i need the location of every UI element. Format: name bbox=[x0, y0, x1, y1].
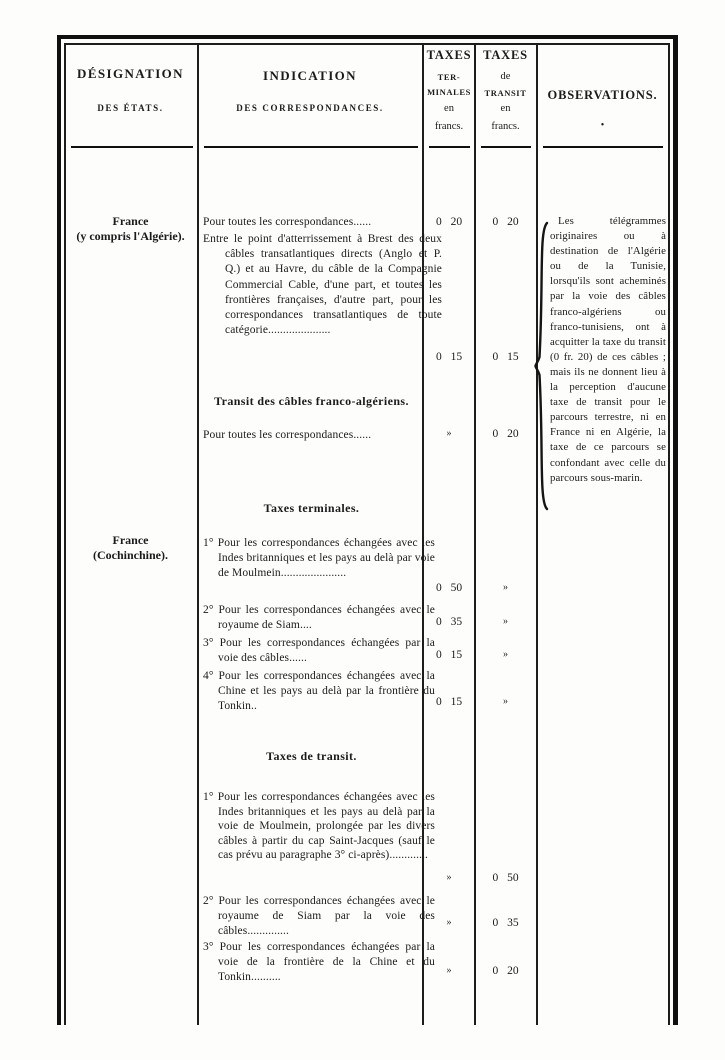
header-observations-bullet: • bbox=[536, 120, 669, 131]
header-rule-col2 bbox=[204, 146, 418, 148]
indication-row-a: Pour toutes les correspondances...... bbox=[203, 215, 419, 230]
taxe-terminale-transit-3: » bbox=[424, 965, 474, 976]
header-rule-col3 bbox=[429, 146, 470, 148]
taxe-transit-transit-3: 0 20 bbox=[476, 965, 535, 977]
header-taxes-transit-4: en bbox=[476, 103, 535, 114]
header-taxes-transit-2: de bbox=[476, 71, 535, 82]
state-name-line1: France bbox=[62, 533, 199, 548]
indication-row-c: Pour toutes les correspondances...... bbox=[203, 428, 419, 443]
section-heading-taxes-de-transit: Taxes de transit. bbox=[203, 749, 420, 764]
header-indication: INDICATION bbox=[197, 68, 423, 84]
observations-brace bbox=[534, 221, 549, 511]
header-designation: DÉSIGNATION bbox=[64, 66, 197, 82]
scanned-document-page: DÉSIGNATION DES ÉTATS. INDICATION DES CO… bbox=[0, 0, 725, 1060]
observations-text: Les télégrammes originaires ou à destina… bbox=[550, 214, 666, 486]
transit-item-2: 2° Pour les correspondances échangées av… bbox=[203, 894, 435, 940]
header-des-etats: DES ÉTATS. bbox=[64, 103, 197, 113]
taxe-terminale-item-4: 0 15 bbox=[424, 696, 474, 708]
header-taxes-terminales-1: TAXES bbox=[424, 48, 474, 63]
taxe-transit-transit-1: 0 50 bbox=[476, 872, 535, 884]
header-taxes-transit-1: TAXES bbox=[476, 48, 535, 63]
taxe-transit-row-c: 0 20 bbox=[476, 428, 535, 440]
transit-item-3: 3° Pour les correspondances échangées pa… bbox=[203, 940, 435, 986]
header-rule-col5 bbox=[543, 146, 663, 148]
taxe-terminale-row-b: 0 15 bbox=[424, 351, 474, 363]
transit-item-1: 1° Pour les correspondances échangées av… bbox=[203, 790, 435, 863]
table-border-top-thick bbox=[57, 35, 678, 39]
header-taxes-terminales-4: en bbox=[424, 103, 474, 114]
header-taxes-terminales-2: TER- bbox=[424, 72, 474, 82]
taxe-terminale-item-2: 0 35 bbox=[424, 616, 474, 628]
table-border-left-thick bbox=[57, 35, 61, 1025]
header-rule-col1 bbox=[71, 146, 193, 148]
state-name-france-algerie: France (y compris l'Algérie). bbox=[62, 214, 199, 243]
state-name-france-cochinchine: France (Cochinchine). bbox=[62, 533, 199, 562]
header-taxes-transit-3: TRANSIT bbox=[476, 88, 535, 98]
terminal-item-2: 2° Pour les correspondances échangées av… bbox=[203, 603, 435, 633]
header-taxes-transit-5: francs. bbox=[476, 121, 535, 132]
taxe-terminale-transit-1: » bbox=[424, 872, 474, 883]
section-heading-transit-franco-algeriens: Transit des câbles franco-algériens. bbox=[203, 394, 420, 409]
taxe-terminale-row-c: » bbox=[424, 428, 474, 439]
terminal-item-1: 1° Pour les correspondances échangées av… bbox=[203, 536, 435, 582]
state-name-line2: (Cochinchine). bbox=[62, 548, 199, 563]
taxe-terminale-row-a: 0 20 bbox=[424, 216, 474, 228]
section-heading-taxes-terminales: Taxes terminales. bbox=[203, 501, 420, 516]
terminal-item-3: 3° Pour les correspondances échangées pa… bbox=[203, 636, 435, 666]
taxe-transit-transit-2: 0 35 bbox=[476, 917, 535, 929]
header-observations: OBSERVATIONS. bbox=[536, 88, 669, 103]
table-border-top-thin bbox=[64, 43, 669, 45]
taxe-transit-item-1: » bbox=[476, 582, 535, 593]
indication-row-b: Entre le point d'atterrissement à Brest … bbox=[203, 232, 442, 338]
table-border-right-thick bbox=[673, 35, 678, 1025]
header-taxes-terminales-3: MINALES bbox=[424, 87, 474, 97]
state-name-line2: (y compris l'Algérie). bbox=[62, 229, 199, 244]
header-rule-col4 bbox=[481, 146, 531, 148]
table-border-right-thin bbox=[668, 43, 670, 1025]
taxe-transit-item-3: » bbox=[476, 649, 535, 660]
taxe-transit-row-b: 0 15 bbox=[476, 351, 535, 363]
taxe-transit-row-a: 0 20 bbox=[476, 216, 535, 228]
column-divider-4 bbox=[536, 43, 538, 1025]
taxe-terminale-item-3: 0 15 bbox=[424, 649, 474, 661]
header-des-correspondances: DES CORRESPONDANCES. bbox=[197, 103, 423, 113]
taxe-transit-item-2: » bbox=[476, 616, 535, 627]
taxe-terminale-item-1: 0 50 bbox=[424, 582, 474, 594]
taxe-transit-item-4: » bbox=[476, 696, 535, 707]
state-name-line1: France bbox=[62, 214, 199, 229]
taxe-terminale-transit-2: » bbox=[424, 917, 474, 928]
header-taxes-terminales-5: francs. bbox=[424, 121, 474, 132]
terminal-item-4: 4° Pour les correspondances échangées av… bbox=[203, 669, 435, 715]
